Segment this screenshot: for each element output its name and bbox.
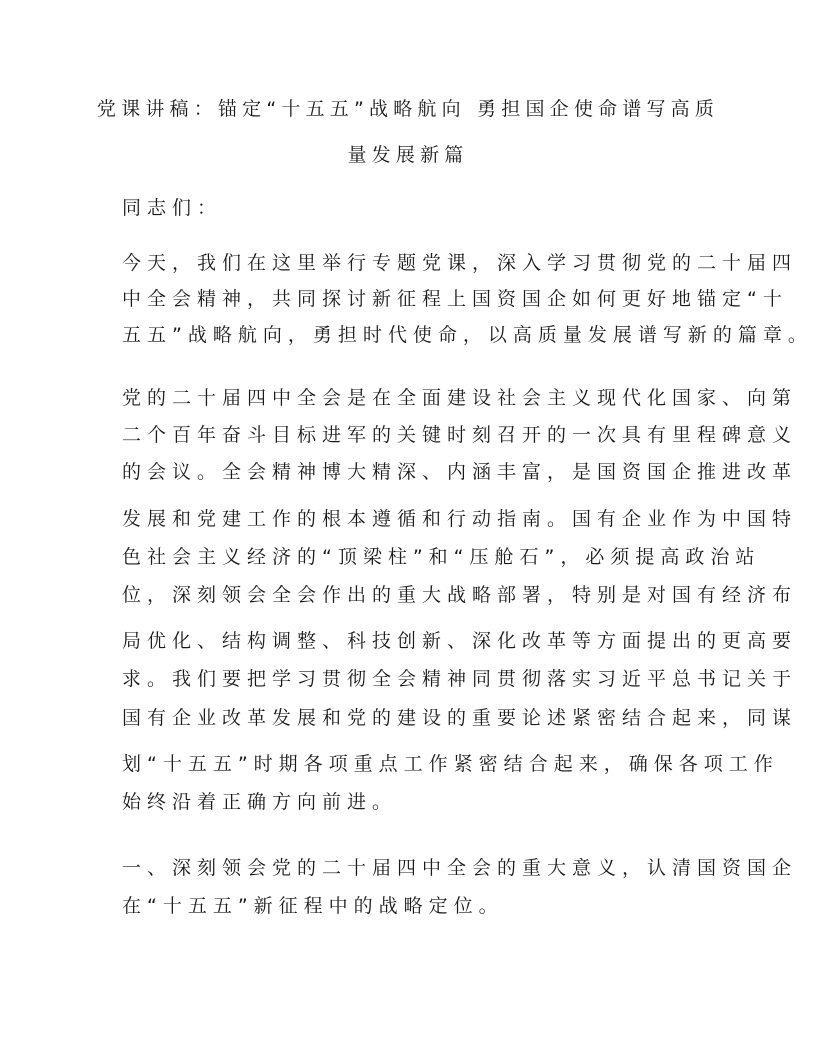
paragraph-line: 位，深刻领会全会作出的重大战略部署，特别是对国有经济布 xyxy=(122,583,797,607)
paragraph-line: 始终沿着正确方向前进。 xyxy=(122,790,397,814)
paragraph-line: 求。我们要把学习贯彻全会精神同贯彻落实习近平总书记关于 xyxy=(122,667,797,691)
paragraph-line: 今天，我们在这里举行专题党课，深入学习贯彻党的二十届四 xyxy=(122,251,797,275)
document-title-line-2: 量发展新篇 xyxy=(0,143,816,167)
paragraph-line: 的会议。全会精神博大精深、内涵丰富，是国资国企推进改革 xyxy=(122,460,797,484)
paragraph-line: 党的二十届四中全会是在全面建设社会主义现代化国家、向第 xyxy=(122,386,797,410)
paragraph-line: 局优化、结构调整、科技创新、深化改革等方面提出的更高要 xyxy=(122,629,797,653)
paragraph-line: 五五”战略航向，勇担时代使命，以高质量发展谱写新的篇章。 xyxy=(122,323,813,347)
paragraph-line: 中全会精神，共同探讨新征程上国资国企如何更好地锚定“十 xyxy=(122,287,788,311)
paragraph-line: 二个百年奋斗目标进军的关键时刻召开的一次具有里程碑意义 xyxy=(122,423,797,447)
paragraph-line: 色社会主义经济的“顶梁柱”和“压舱石”，必须提高政治站 xyxy=(122,545,760,569)
salutation: 同志们： xyxy=(122,196,222,220)
document-page: 党课讲稿：锚定“十五五”战略航向 勇担国企使命谱写高质 量发展新篇 同志们： 今… xyxy=(0,0,816,1056)
paragraph-line: 发展和党建工作的根本遵循和行动指南。国有企业作为中国特 xyxy=(122,507,797,531)
document-title-line-1: 党课讲稿：锚定“十五五”战略航向 勇担国企使命谱写高质 xyxy=(0,97,816,121)
paragraph-line: 划“十五五”时期各项重点工作紧密结合起来，确保各项工作 xyxy=(122,752,779,776)
section-heading-line: 在“十五五”新征程中的战略定位。 xyxy=(122,894,504,918)
section-heading-line: 一、深刻领会党的二十届四中全会的重大意义，认清国资国企 xyxy=(122,856,797,880)
paragraph-line: 国有企业改革发展和党的建设的重要论述紧密结合起来，同谋 xyxy=(122,706,797,730)
